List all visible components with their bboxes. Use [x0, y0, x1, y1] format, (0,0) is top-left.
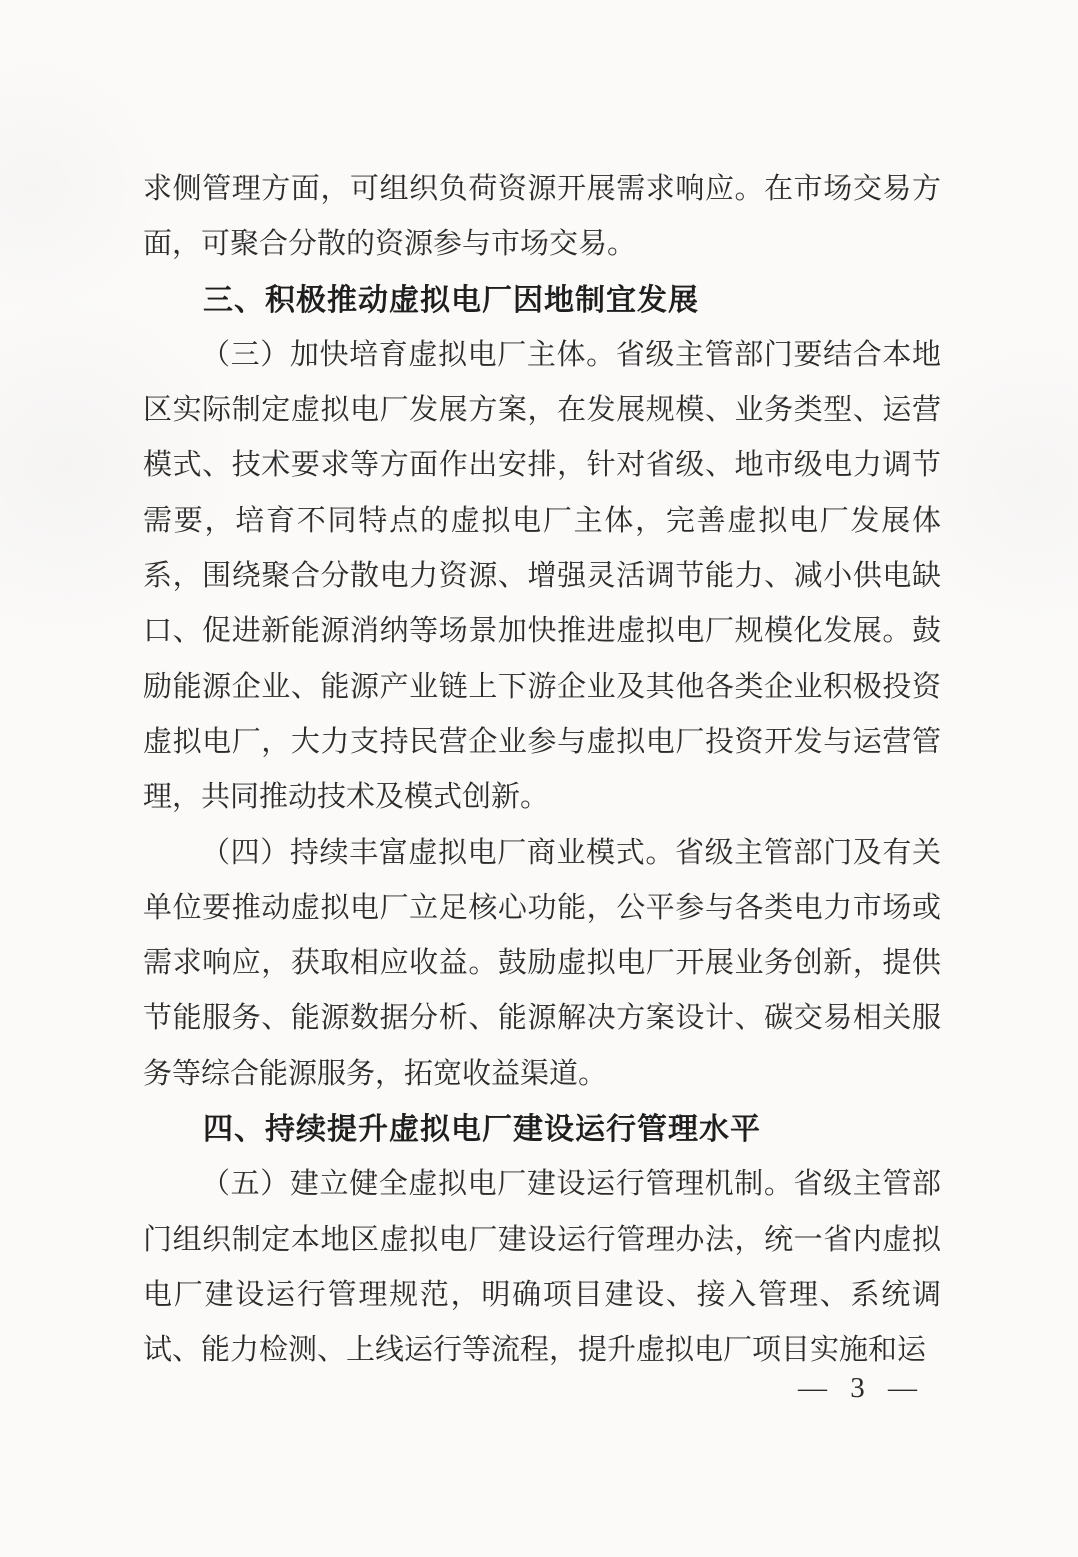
- section-heading-text: 四、持续提升虚拟电厂建设运行管理水平: [203, 1113, 761, 1146]
- paragraph-text: 求侧管理方面，可组织负荷资源开展需求响应。在市场交易方面，可聚合分散的资源参与市…: [143, 173, 941, 260]
- item-lead: （四）持续丰富虚拟电厂商业模式。: [201, 837, 675, 869]
- item-lead: （三）加快培育虚拟电厂主体。: [201, 339, 616, 371]
- page-number: — 3 —: [798, 1372, 925, 1405]
- section-heading-3: 三、积极推动虚拟电厂因地制宜发展: [143, 273, 941, 328]
- paragraph-item-3: （三）加快培育虚拟电厂主体。省级主管部门要结合本地区实际制定虚拟电厂发展方案，在…: [143, 328, 941, 826]
- paragraph-continued: 求侧管理方面，可组织负荷资源开展需求响应。在市场交易方面，可聚合分散的资源参与市…: [143, 162, 941, 273]
- item-lead: （五）建立健全虚拟电厂建设运行管理机制。: [201, 1168, 793, 1200]
- paragraph-text: 省级主管部门及有关单位要推动虚拟电厂立足核心功能，公平参与各类电力市场或需求响应…: [143, 837, 941, 1090]
- document-body: 求侧管理方面，可组织负荷资源开展需求响应。在市场交易方面，可聚合分散的资源参与市…: [143, 162, 941, 1379]
- document-page: 求侧管理方面，可组织负荷资源开展需求响应。在市场交易方面，可聚合分散的资源参与市…: [0, 0, 1078, 1557]
- paragraph-item-5: （五）建立健全虚拟电厂建设运行管理机制。省级主管部门组织制定本地区虚拟电厂建设运…: [143, 1157, 941, 1378]
- paragraph-item-4: （四）持续丰富虚拟电厂商业模式。省级主管部门及有关单位要推动虚拟电厂立足核心功能…: [143, 826, 941, 1102]
- paragraph-text: 省级主管部门要结合本地区实际制定虚拟电厂发展方案，在发展规模、业务类型、运营模式…: [143, 339, 941, 813]
- section-heading-4: 四、持续提升虚拟电厂建设运行管理水平: [143, 1102, 941, 1157]
- section-heading-text: 三、积极推动虚拟电厂因地制宜发展: [203, 284, 699, 317]
